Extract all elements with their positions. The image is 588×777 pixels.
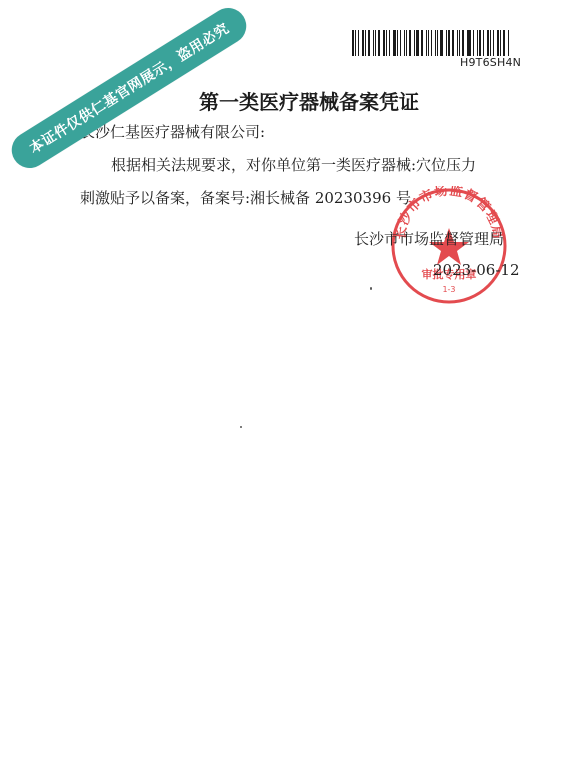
barcode-bar [389,30,390,56]
barcode-bar [362,30,364,56]
body-text-line-1: 根据相关法规要求，对你单位第一类医疗器械:穴位压力 [111,154,476,175]
barcode-bar [448,30,450,56]
barcode-bar [462,30,464,56]
barcode-bar [375,30,376,56]
barcode-bar [368,30,371,56]
barcode [352,30,510,56]
barcode-bar [414,30,415,56]
barcode-bar [383,30,385,56]
barcode-bar [406,30,407,56]
body-text-line-2: 刺激贴予以备案，备案号:湘长械备 20230396 号 [80,187,411,208]
barcode-bar [378,30,380,56]
barcode-bar [386,30,387,56]
barcode-bar [400,30,402,56]
stamp-serial: 1-3 [442,285,455,294]
barcode-bar [457,30,458,56]
barcode-bar [426,30,427,56]
issue-date: 2023-06-12 [433,261,519,279]
barcode-bar [479,30,481,56]
issuing-authority: 长沙市市场监督管理局 [354,228,504,249]
barcode-bar [358,30,359,56]
barcode-bar [440,30,443,56]
barcode-code: H9T6SH4N [460,56,521,69]
scan-speck [370,287,372,290]
barcode-bar [483,30,484,56]
barcode-bar [393,30,396,56]
barcode-bar [409,30,411,56]
barcode-bar [467,30,468,56]
barcode-bar [446,30,447,56]
barcode-bar [497,30,500,56]
barcode-bar [500,30,501,56]
certificate-page: H9T6SH4N 第一类医疗器械备案凭证 长沙仁基医疗器械有限公司: 根据相关法… [0,0,588,777]
barcode-bar [503,30,505,56]
barcode-bar [397,30,398,56]
barcode-bar [404,30,405,56]
barcode-bar [468,30,471,56]
barcode-bar [435,30,436,56]
barcode-bar [459,30,460,56]
barcode-bar [437,30,438,56]
scan-speck [240,426,242,428]
barcode-bar [477,30,478,56]
barcode-bar [421,30,423,56]
barcode-bar [493,30,494,56]
barcode-bar [365,30,366,56]
barcode-bar [428,30,429,56]
barcode-bar [508,30,509,56]
barcode-bar [352,30,354,56]
addressee: 长沙仁基医疗器械有限公司: [80,121,265,142]
barcode-bar [487,30,489,56]
barcode-bar [473,30,474,56]
barcode-bar [373,30,374,56]
barcode-bar [452,30,454,56]
barcode-bar [416,30,419,56]
barcode-bar [431,30,433,56]
barcode-bar [490,30,491,56]
barcode-bar [355,30,356,56]
